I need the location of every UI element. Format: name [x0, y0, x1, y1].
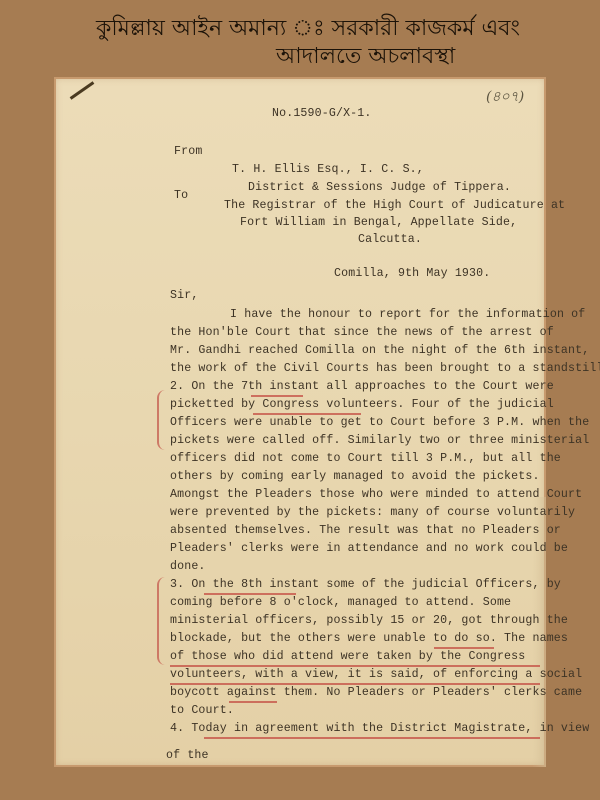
body-line: picketted by Congress volunteers. Four o… — [170, 398, 554, 411]
body-line: of those who did attend were taken by th… — [170, 650, 525, 663]
body-line: I have the honour to report for the info… — [230, 308, 585, 321]
body-line: volunteers, with a view, it is said, of … — [170, 668, 582, 681]
red-underline — [253, 413, 361, 415]
red-underline — [170, 665, 540, 667]
place-date: Comilla, 9th May 1930. — [334, 267, 490, 280]
red-underline — [251, 395, 303, 397]
sender-name: T. H. Ellis Esq., I. C. S., — [232, 163, 424, 176]
body-line: Amongst the Pleaders those who were mind… — [170, 488, 582, 501]
to-label: To — [174, 189, 188, 202]
body-line: to Court. — [170, 704, 234, 717]
body-line: ministerial officers, possibly 15 or 20,… — [170, 614, 568, 627]
red-underline — [204, 737, 540, 739]
body-line: 4. Today in agreement with the District … — [170, 722, 589, 735]
margin-bracket — [157, 577, 167, 665]
body-line: Pleaders' clerks were in attendance and … — [170, 542, 568, 555]
body-line: blockade, but the others were unable to … — [170, 632, 568, 645]
body-line: others by coming early managed to avoid … — [170, 470, 540, 483]
body-line: pickets were called off. Similarly two o… — [170, 434, 589, 447]
body-line: absented themselves. The result was that… — [170, 524, 561, 537]
reference-number: No.1590-G/X-1. — [272, 107, 372, 120]
page-number-mark: (৪০৭) — [486, 85, 524, 109]
body-line: officers did not come to Court till 3 P.… — [170, 452, 561, 465]
red-underline — [204, 593, 296, 595]
salutation: Sir, — [170, 289, 198, 302]
body-line: were prevented by the pickets: many of c… — [170, 506, 575, 519]
ink-smudge-mark — [70, 81, 95, 100]
margin-bracket — [157, 390, 167, 450]
body-line: 2. On the 7th instant all approaches to … — [170, 380, 554, 393]
recipient-line-2: Fort William in Bengal, Appellate Side, — [240, 216, 517, 229]
body-line: boycott against them. No Pleaders or Ple… — [170, 686, 582, 699]
body-line: Officers were unable to get to Court bef… — [170, 416, 589, 429]
body-line: of the — [166, 749, 209, 762]
heading-line-2: আদালতে অচলাবস্থা — [276, 42, 455, 72]
red-underline — [170, 683, 540, 685]
body-line: the Hon'ble Court that since the news of… — [170, 326, 554, 339]
red-underline — [229, 701, 277, 703]
recipient-line-1: The Registrar of the High Court of Judic… — [224, 199, 565, 212]
scanned-letter: (৪০৭) No.1590-G/X-1. From T. H. Ellis Es… — [54, 77, 546, 767]
sender-title: District & Sessions Judge of Tippera. — [248, 181, 511, 194]
red-underline — [434, 647, 494, 649]
body-line: 3. On the 8th instant some of the judici… — [170, 578, 561, 591]
body-line: done. — [170, 560, 206, 573]
heading-line-1: কুমিল্লায় আইন অমান্য ঃ সরকারী কাজকর্ম এ… — [96, 14, 520, 44]
body-line: coming before 8 o'clock, managed to atte… — [170, 596, 511, 609]
from-label: From — [174, 145, 202, 158]
recipient-line-3: Calcutta. — [358, 233, 422, 246]
body-line: the work of the Civil Courts has been br… — [170, 362, 600, 375]
body-line: Mr. Gandhi reached Comilla on the night … — [170, 344, 589, 357]
